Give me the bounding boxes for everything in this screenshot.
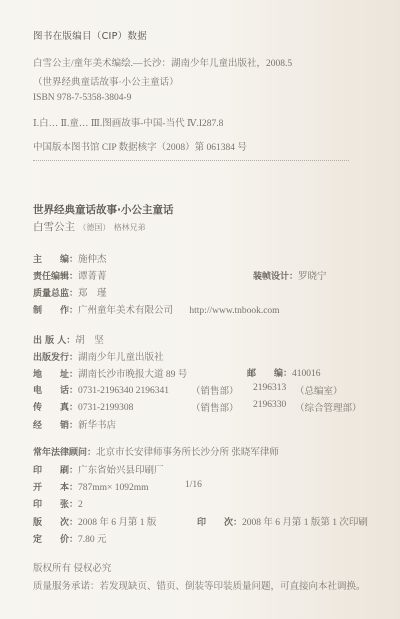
responsible-editor-label: 责任编辑：: [33, 269, 78, 282]
quality-label: 质量总监：: [33, 286, 78, 299]
impression-field: 印 次：2008 年 6 月第 1 版第 1 次印刷: [197, 514, 368, 528]
publisher-label: 出 版 人：: [33, 333, 75, 346]
phone-secondary: 2196313: [253, 383, 286, 393]
printer-row: 印 刷：广东省始兴县印刷厂: [33, 462, 164, 476]
format-label: 开 本：: [33, 480, 78, 493]
edition-label: 版 次：: [33, 515, 78, 528]
chief-editor-label: 主 编：: [33, 252, 78, 265]
sheets-row: 印 张：2: [33, 497, 83, 511]
postcode-value: 410016: [292, 369, 321, 379]
publisher-value: 胡 坚: [75, 336, 104, 346]
book-title-line: 白雪公主 （德国） 格林兄弟: [33, 219, 146, 234]
phone-main: 0731-2196340 2196341: [78, 386, 169, 396]
impression-value: 2008 年 6 月第 1 版第 1 次印刷: [242, 518, 368, 528]
impression-label: 印 次：: [197, 515, 242, 528]
format-row: 开 本：787mm× 1092mm 1/16: [33, 480, 373, 494]
phone-label: 电 话：: [33, 383, 78, 396]
edition-row: 版 次：2008 年 6 月第 1 版 印 次：2008 年 6 月第 1 版第…: [33, 514, 393, 528]
seller-value: 新华书店: [78, 421, 116, 431]
cip-number: 中国版本图书馆 CIP 数据核字（2008）第 061384 号: [33, 139, 247, 153]
rights-notice: 版权所有 侵权必究: [33, 560, 111, 574]
price-value: 7.80 元: [78, 535, 107, 545]
legal-label: 常年法律顾问：: [33, 445, 96, 458]
book-title: 白雪公主: [33, 221, 75, 233]
phone-dept: （销售部）: [191, 383, 239, 397]
fax-label: 传 真：: [33, 400, 78, 413]
design-field: 装帧设计：罗晓宁: [253, 268, 327, 282]
fax-main: 0731-2199308: [78, 403, 133, 413]
fax-secondary-dept: （综合管理部）: [295, 400, 362, 414]
distributor-value: 湖南少年儿童出版社: [78, 353, 164, 363]
printer-value: 广东省始兴县印刷厂: [78, 466, 164, 476]
distributor-label: 出版发行：: [33, 350, 78, 363]
format-value: 787mm× 1092mm: [78, 483, 149, 493]
address-value: 湖南长沙市晚报大道 89 号: [78, 370, 187, 380]
seller-label: 经 销：: [33, 418, 78, 431]
responsible-editor-row: 责任编辑：谭菁菁 装帧设计：罗晓宁: [33, 268, 373, 282]
cip-title: 图书在版编目（CIP）数据: [33, 28, 147, 42]
seller-row: 经 销：新华书店: [33, 417, 116, 431]
phone-secondary-dept: （总编室）: [295, 383, 343, 397]
phone-row: 电 话：0731-2196340 2196341 （销售部） 2196313 （…: [33, 383, 393, 397]
address-label: 地 址：: [33, 367, 78, 380]
copyright-page: 图书在版编目（CIP）数据 白雪公主/童年美术编绘.—长沙：湖南少年儿童出版社，…: [0, 0, 400, 619]
price-label: 定 价：: [33, 532, 78, 545]
author-country: （德国）: [78, 223, 110, 232]
quality-promise: 质量服务承诺：若发现缺页、错页、倒装等印装质量问题，可直接向本社调换。: [33, 578, 366, 592]
production-row: 制 作：广州童年美术有限公司 http://www.tnbook.com: [33, 302, 280, 316]
design-label: 装帧设计：: [253, 269, 298, 282]
postcode-label: 邮 编：: [247, 366, 292, 379]
distributor-row: 出版发行：湖南少年儿童出版社: [33, 349, 164, 363]
sheets-label: 印 张：: [33, 497, 78, 510]
production-label: 制 作：: [33, 303, 78, 316]
design-value: 罗晓宁: [298, 272, 327, 282]
legal-row: 常年法律顾问：北京市长安律师事务所长沙分所 张晓军律师: [33, 444, 279, 458]
cip-isbn: ISBN 978-7-5358-3804-9: [33, 93, 131, 103]
printer-label: 印 刷：: [33, 463, 78, 476]
chief-editor-row: 主 编：施仲杰: [33, 251, 107, 265]
price-row: 定 价：7.80 元: [33, 531, 107, 545]
website-link[interactable]: http://www.tnbook.com: [189, 306, 279, 316]
dotted-divider: [33, 160, 349, 161]
quality-row: 质量总监：郑 瑾: [33, 285, 107, 299]
fax-dept: （销售部）: [191, 400, 239, 414]
postcode-field: 邮 编：410016: [247, 366, 321, 379]
cip-classification: Ⅰ.白… Ⅱ.童… Ⅲ.图画故事-中国-当代 Ⅳ.I287.8: [33, 115, 223, 129]
quality-value: 郑 瑾: [78, 289, 107, 299]
sheets-value: 2: [78, 500, 83, 510]
legal-value: 北京市长安律师事务所长沙分所 张晓军律师: [96, 448, 279, 458]
author: 格林兄弟: [114, 223, 146, 232]
fax-secondary: 2196330: [253, 400, 286, 410]
publisher-row: 出 版 人：胡 坚: [33, 332, 104, 346]
cip-series-line: （世界经典童话故事·小公主童话）: [33, 74, 179, 88]
edition-value: 2008 年 6 月第 1 版: [78, 518, 156, 528]
cip-catalog-line: 白雪公主/童年美术编绘.—长沙：湖南少年儿童出版社，2008.5: [33, 55, 292, 69]
series-title: 世界经典童话故事·小公主童话: [33, 202, 174, 217]
address-row: 地 址：湖南长沙市晚报大道 89 号 邮 编：410016: [33, 366, 373, 380]
responsible-editor-value: 谭菁菁: [78, 272, 107, 282]
production-value: 广州童年美术有限公司: [78, 306, 173, 316]
chief-editor-value: 施仲杰: [78, 255, 107, 265]
format-fraction: 1/16: [185, 480, 202, 490]
fax-row: 传 真：0731-2199308 （销售部） 2196330 （综合管理部）: [33, 400, 393, 414]
